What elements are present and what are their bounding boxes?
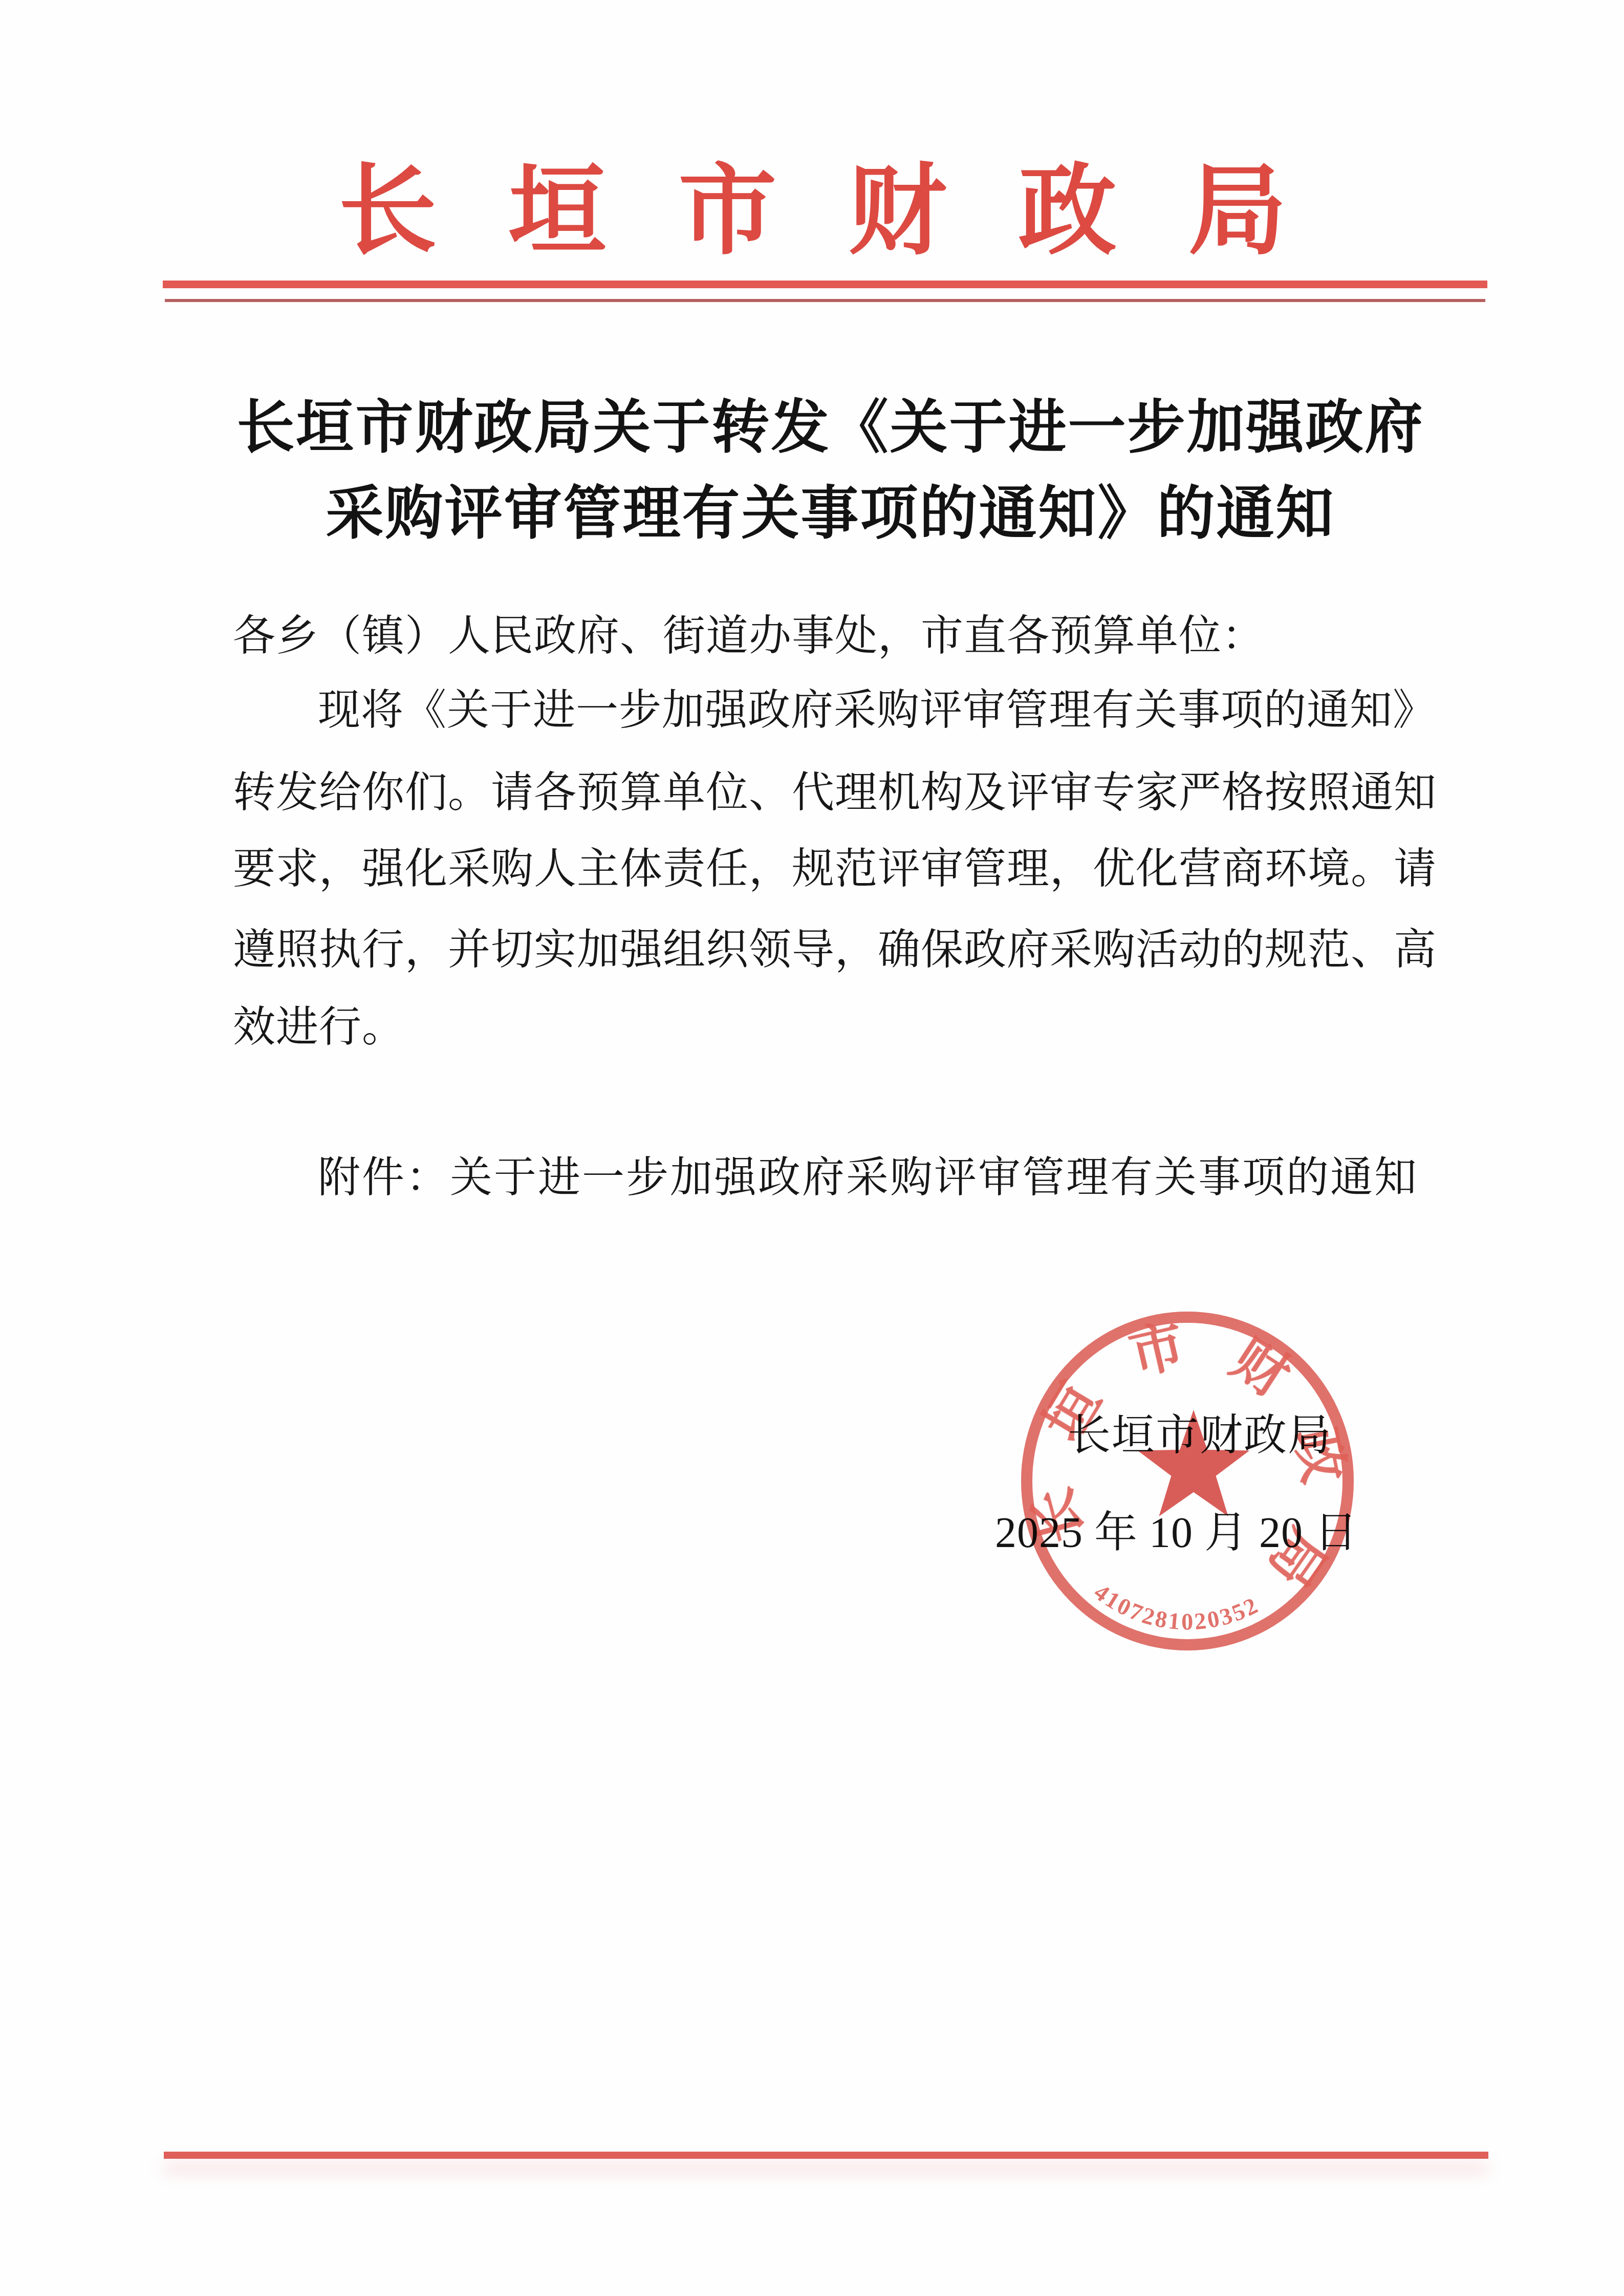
body-line: 效进行。 [233,988,1441,1066]
attachment-line: 附件：关于进一步加强政府采购评审管理有关事项的通知 [233,1139,1441,1217]
body-line: 要求，强化采购人主体责任，规范评审管理，优化营商环境。请 [233,830,1441,908]
official-seal: 长 垣 市 财 政 局 4107281020352 [993,1285,1382,1679]
masthead-rule-thin [165,299,1485,302]
seal-arc-char: 市 [1124,1315,1190,1385]
body-line: 转发给你们。请各预算单位、代理机构及评审专家严格按照通知 [233,754,1441,832]
footer-rule [164,2152,1488,2159]
seal-arc-char: 局 [1258,1519,1338,1598]
body-line: 现将《关于进一步加强政府采购评审管理有关事项的通知》 [233,671,1441,749]
masthead-agency-name: 长垣市财政局 [233,158,1428,266]
document-title-line2: 采购评审管理有关事项的通知》的通知 [233,471,1428,557]
salutation-line: 各乡（镇）人民政府、街道办事处，市直各预算单位： [233,597,1441,675]
star-icon [1138,1410,1250,1516]
document-title-line1: 长垣市财政局关于转发《关于进一步加强政府 [233,385,1428,471]
masthead-rule-thick [163,281,1487,288]
document-title: 长垣市财政局关于转发《关于进一步加强政府 采购评审管理有关事项的通知》的通知 [233,385,1428,557]
body-line: 遵照执行，并切实加强组织领导，确保政府采购活动的规范、高 [233,911,1441,989]
seal-arc-char: 政 [1285,1423,1354,1488]
seal-arc-char: 财 [1222,1328,1300,1408]
document-page: 长垣市财政局 长垣市财政局关于转发《关于进一步加强政府 采购评审管理有关事项的通… [0,0,1624,2296]
seal-arc-char: 垣 [1033,1373,1112,1450]
